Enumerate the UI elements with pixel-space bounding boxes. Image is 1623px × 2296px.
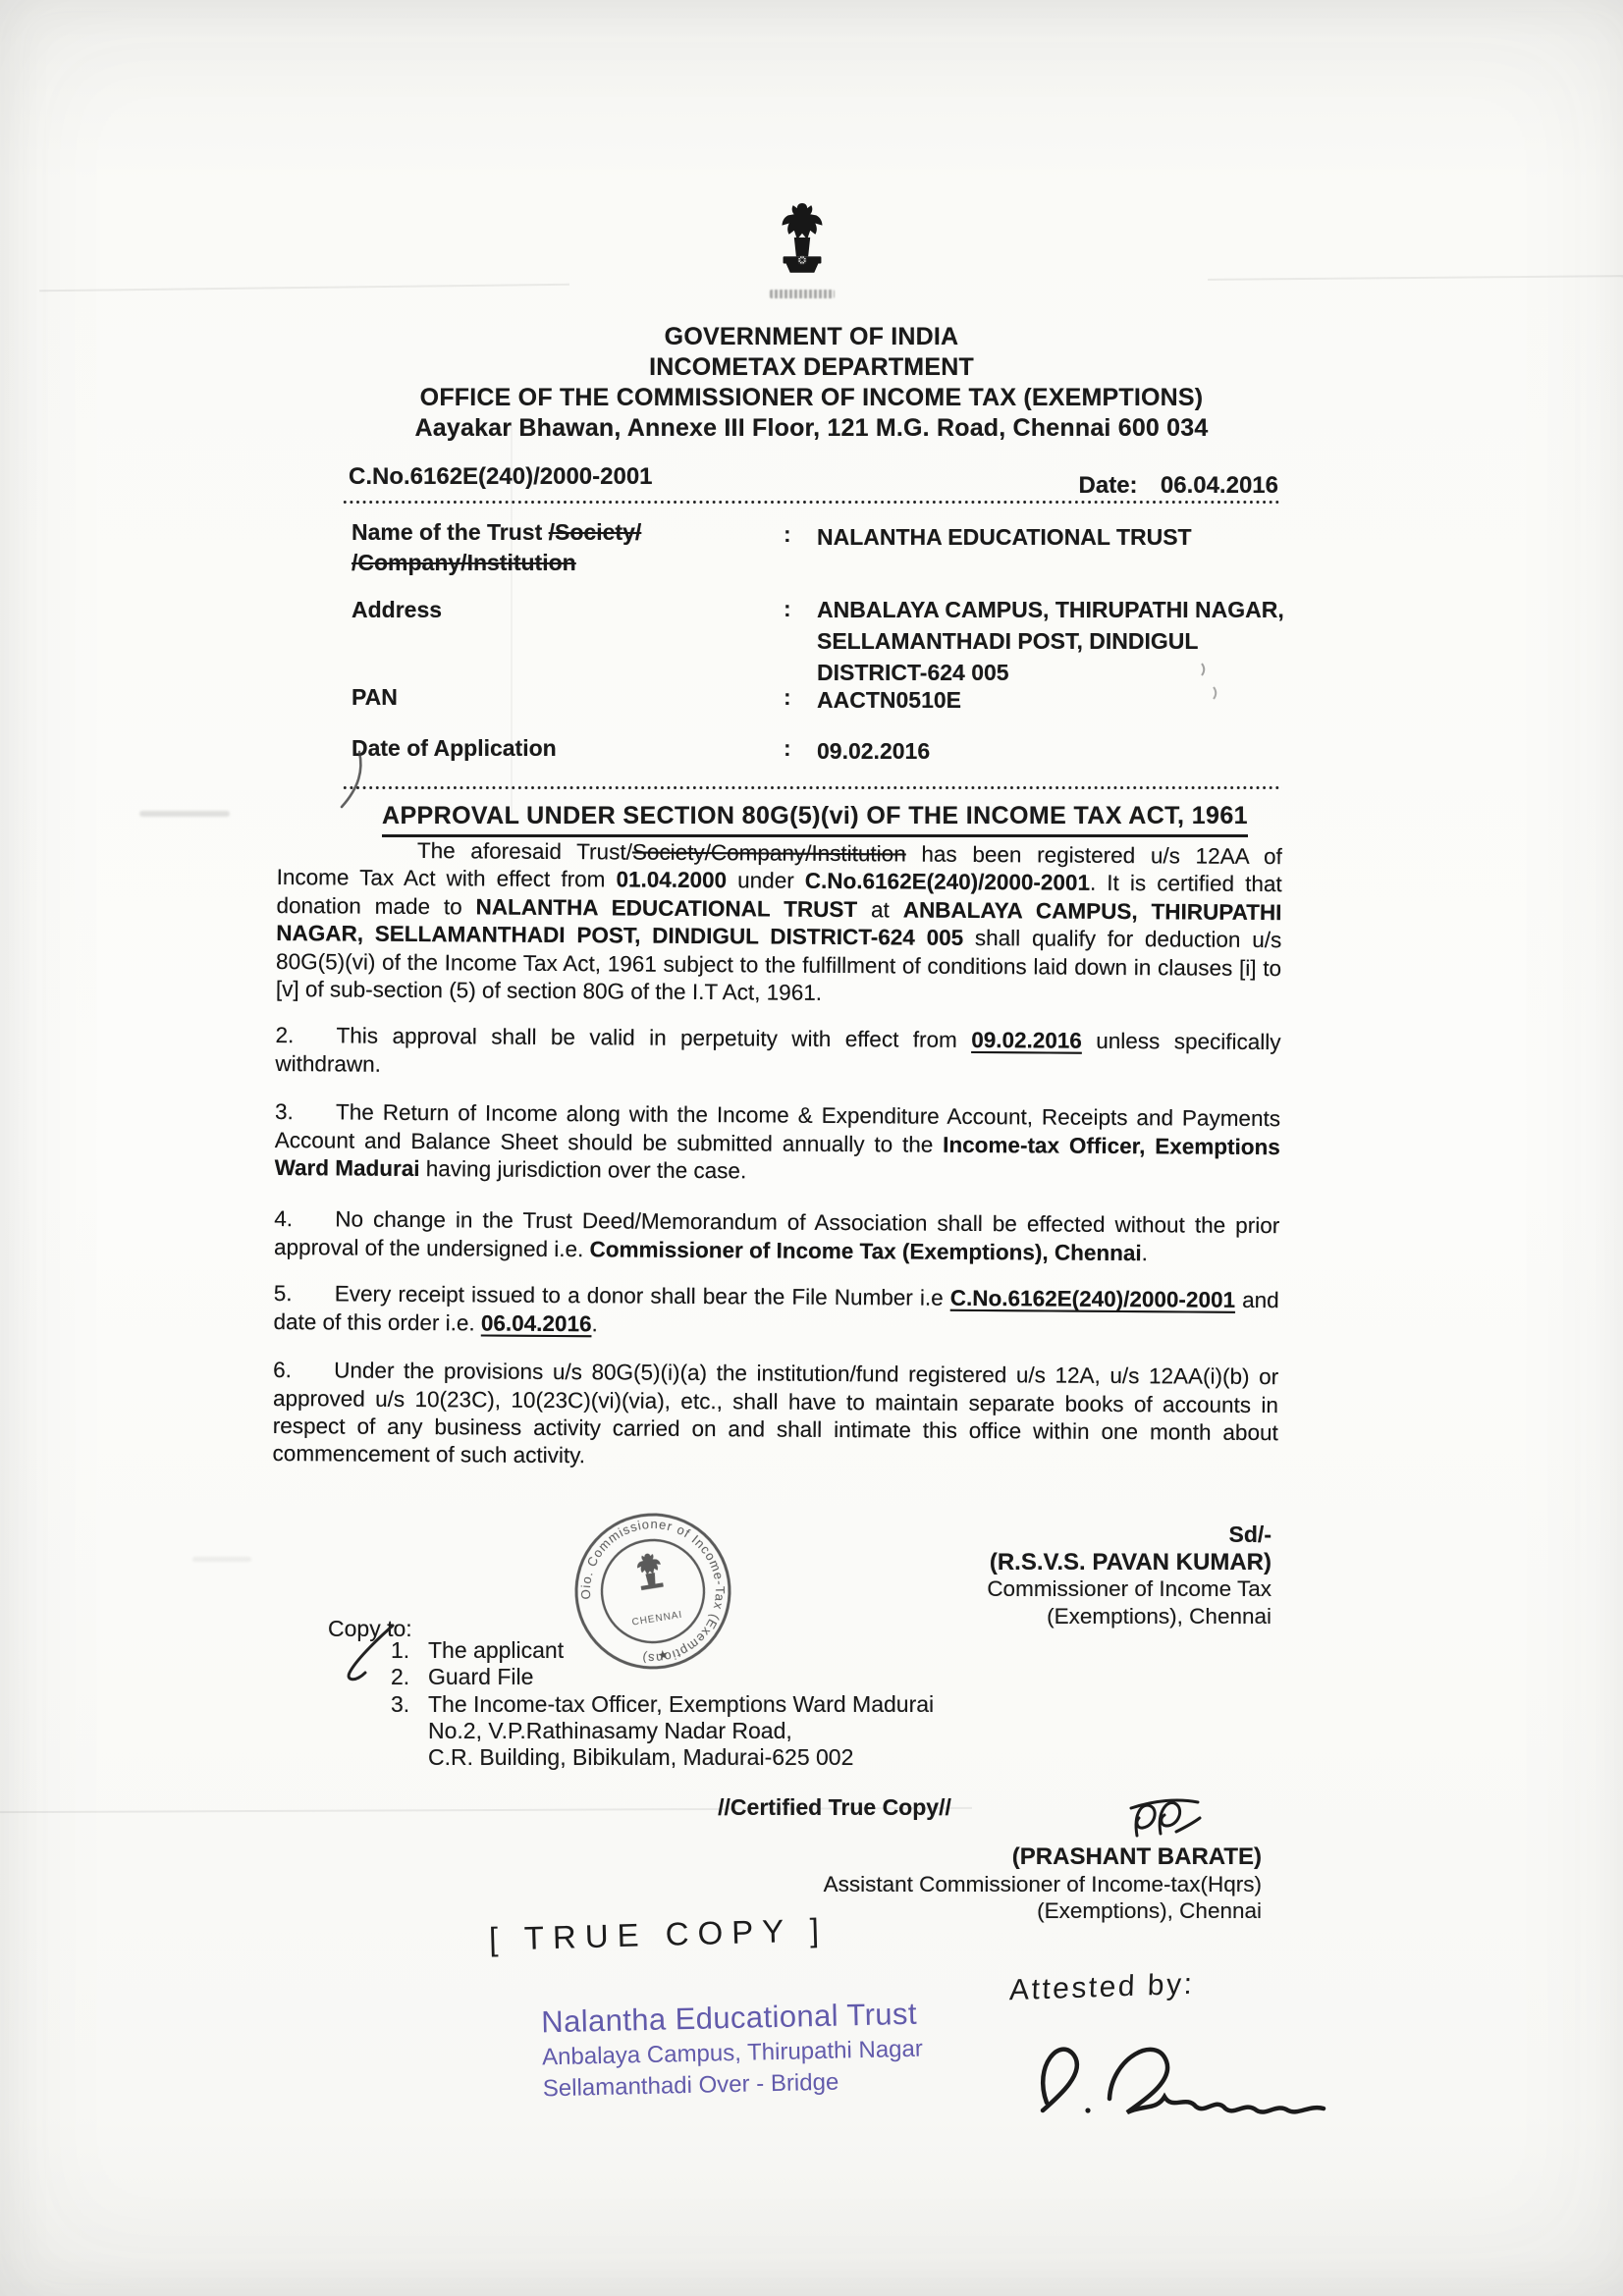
- subject-heading: APPROVAL UNDER SECTION 80G(5)(vi) OF THE…: [344, 802, 1286, 837]
- field-value-application-date: 09.02.2016: [817, 735, 930, 767]
- copy-item: 1.The applicant: [391, 1637, 934, 1664]
- paragraph-5: 5.Every receipt issued to a donor shall …: [273, 1280, 1278, 1343]
- field-colon: :: [784, 735, 791, 762]
- signatory-title: Commissioner of Income Tax: [761, 1575, 1271, 1603]
- scanned-letter-page: GOVERNMENT OF INDIA INCOMETAX DEPARTMENT…: [0, 0, 1623, 2296]
- paragraph-6: 6.Under the provisions u/s 80G(5)(i)(a) …: [273, 1357, 1279, 1475]
- copy-item-continuation: C.R. Building, Bibikulam, Madurai-625 00…: [391, 1744, 934, 1771]
- copy-item: 3.The Income-tax Officer, Exemptions War…: [391, 1691, 934, 1718]
- letterhead-line: GOVERNMENT OF INDIA: [0, 322, 1623, 352]
- letterhead-line: OFFICE OF THE COMMISSIONER OF INCOME TAX…: [0, 383, 1623, 413]
- attestor-title: Assistant Commissioner of Income-tax(Hqr…: [633, 1871, 1262, 1898]
- fold-line: [39, 284, 569, 293]
- dotted-separator: [342, 500, 1282, 505]
- date-value: 06.04.2016: [1161, 472, 1278, 499]
- field-label-trust-name: Name of the Trust /Society/ /Company/Ins…: [352, 517, 774, 578]
- signatory-name: (R.S.V.S. PAVAN KUMAR): [761, 1549, 1271, 1576]
- copy-item-continuation: No.2, V.P.Rathinasamy Nadar Road,: [391, 1718, 934, 1744]
- paragraph-3: 3.The Return of Income along with the In…: [275, 1098, 1281, 1189]
- scan-smudge: [192, 1557, 251, 1562]
- field-value-trust-name: NALANTHA EDUCATIONAL TRUST: [817, 521, 1192, 553]
- handwritten-attested-by: Attested by:: [1008, 1968, 1195, 2008]
- field-label-address: Address: [352, 595, 442, 625]
- field-value-pan: AACTN0510E: [817, 684, 961, 716]
- signatory-block: Sd/- (R.S.V.S. PAVAN KUMAR) Commissioner…: [761, 1522, 1271, 1629]
- field-label-application-date: Date of Application: [352, 733, 557, 764]
- signatory-title: (Exemptions), Chennai: [761, 1603, 1271, 1630]
- letterhead-line: INCOMETAX DEPARTMENT: [0, 352, 1623, 383]
- paragraph-1: The aforesaid Trust/Society/Company/Inst…: [276, 836, 1282, 1011]
- handwritten-signature: [1017, 2020, 1341, 2148]
- dotted-separator: [342, 785, 1282, 790]
- copy-item: 2.Guard File: [391, 1664, 934, 1690]
- copy-to-list: 1.The applicant 2.Guard File 3.The Incom…: [391, 1637, 934, 1771]
- handwritten-true-copy: [ TRUE COPY ]: [489, 1911, 829, 1958]
- date-label: Date:: [1079, 472, 1138, 499]
- letter-date: Date: 06.04.2016: [1079, 472, 1278, 500]
- stray-scan-mark: [1194, 660, 1223, 703]
- field-colon: :: [784, 596, 791, 622]
- certified-true-copy-line: //Certified True Copy//: [589, 1794, 1080, 1821]
- paragraph-2: 2.This approval shall be valid in perpet…: [275, 1022, 1280, 1085]
- field-colon: :: [784, 521, 791, 548]
- file-reference-number: C.No.6162E(240)/2000-2001: [349, 463, 653, 491]
- handwritten-initials: [1127, 1794, 1204, 1843]
- attestor-block: (PRASHANT BARATE) Assistant Commissioner…: [633, 1843, 1262, 1925]
- attestor-name: (PRASHANT BARATE): [633, 1843, 1262, 1871]
- trust-stamp-address: Sellamanthadi Over - Bridge: [543, 2069, 924, 2102]
- sd-notation: Sd/-: [761, 1522, 1271, 1549]
- field-label-pan: PAN: [352, 682, 398, 713]
- letter-body: The aforesaid Trust/Society/Company/Inst…: [273, 836, 1282, 1475]
- seal-city: CHENNAI: [631, 1610, 683, 1629]
- national-emblem-icon: [772, 201, 833, 286]
- emblem-caption: [770, 290, 835, 298]
- scan-smudge: [139, 811, 230, 817]
- letterhead-line: Aayakar Bhawan, Annexe III Floor, 121 M.…: [0, 413, 1623, 444]
- fold-line: [1208, 275, 1623, 281]
- trust-stamp-address: Anbalaya Campus, Thirupathi Nagar: [542, 2038, 923, 2070]
- field-colon: :: [784, 684, 791, 711]
- letterhead: GOVERNMENT OF INDIA INCOMETAX DEPARTMENT…: [0, 322, 1623, 444]
- trust-stamp-name: Nalantha Educational Trust: [541, 1999, 922, 2038]
- trust-rubber-stamp: Nalantha Educational Trust Anbalaya Camp…: [541, 1999, 924, 2102]
- paragraph-4: 4.No change in the Trust Deed/Memorandum…: [274, 1205, 1279, 1268]
